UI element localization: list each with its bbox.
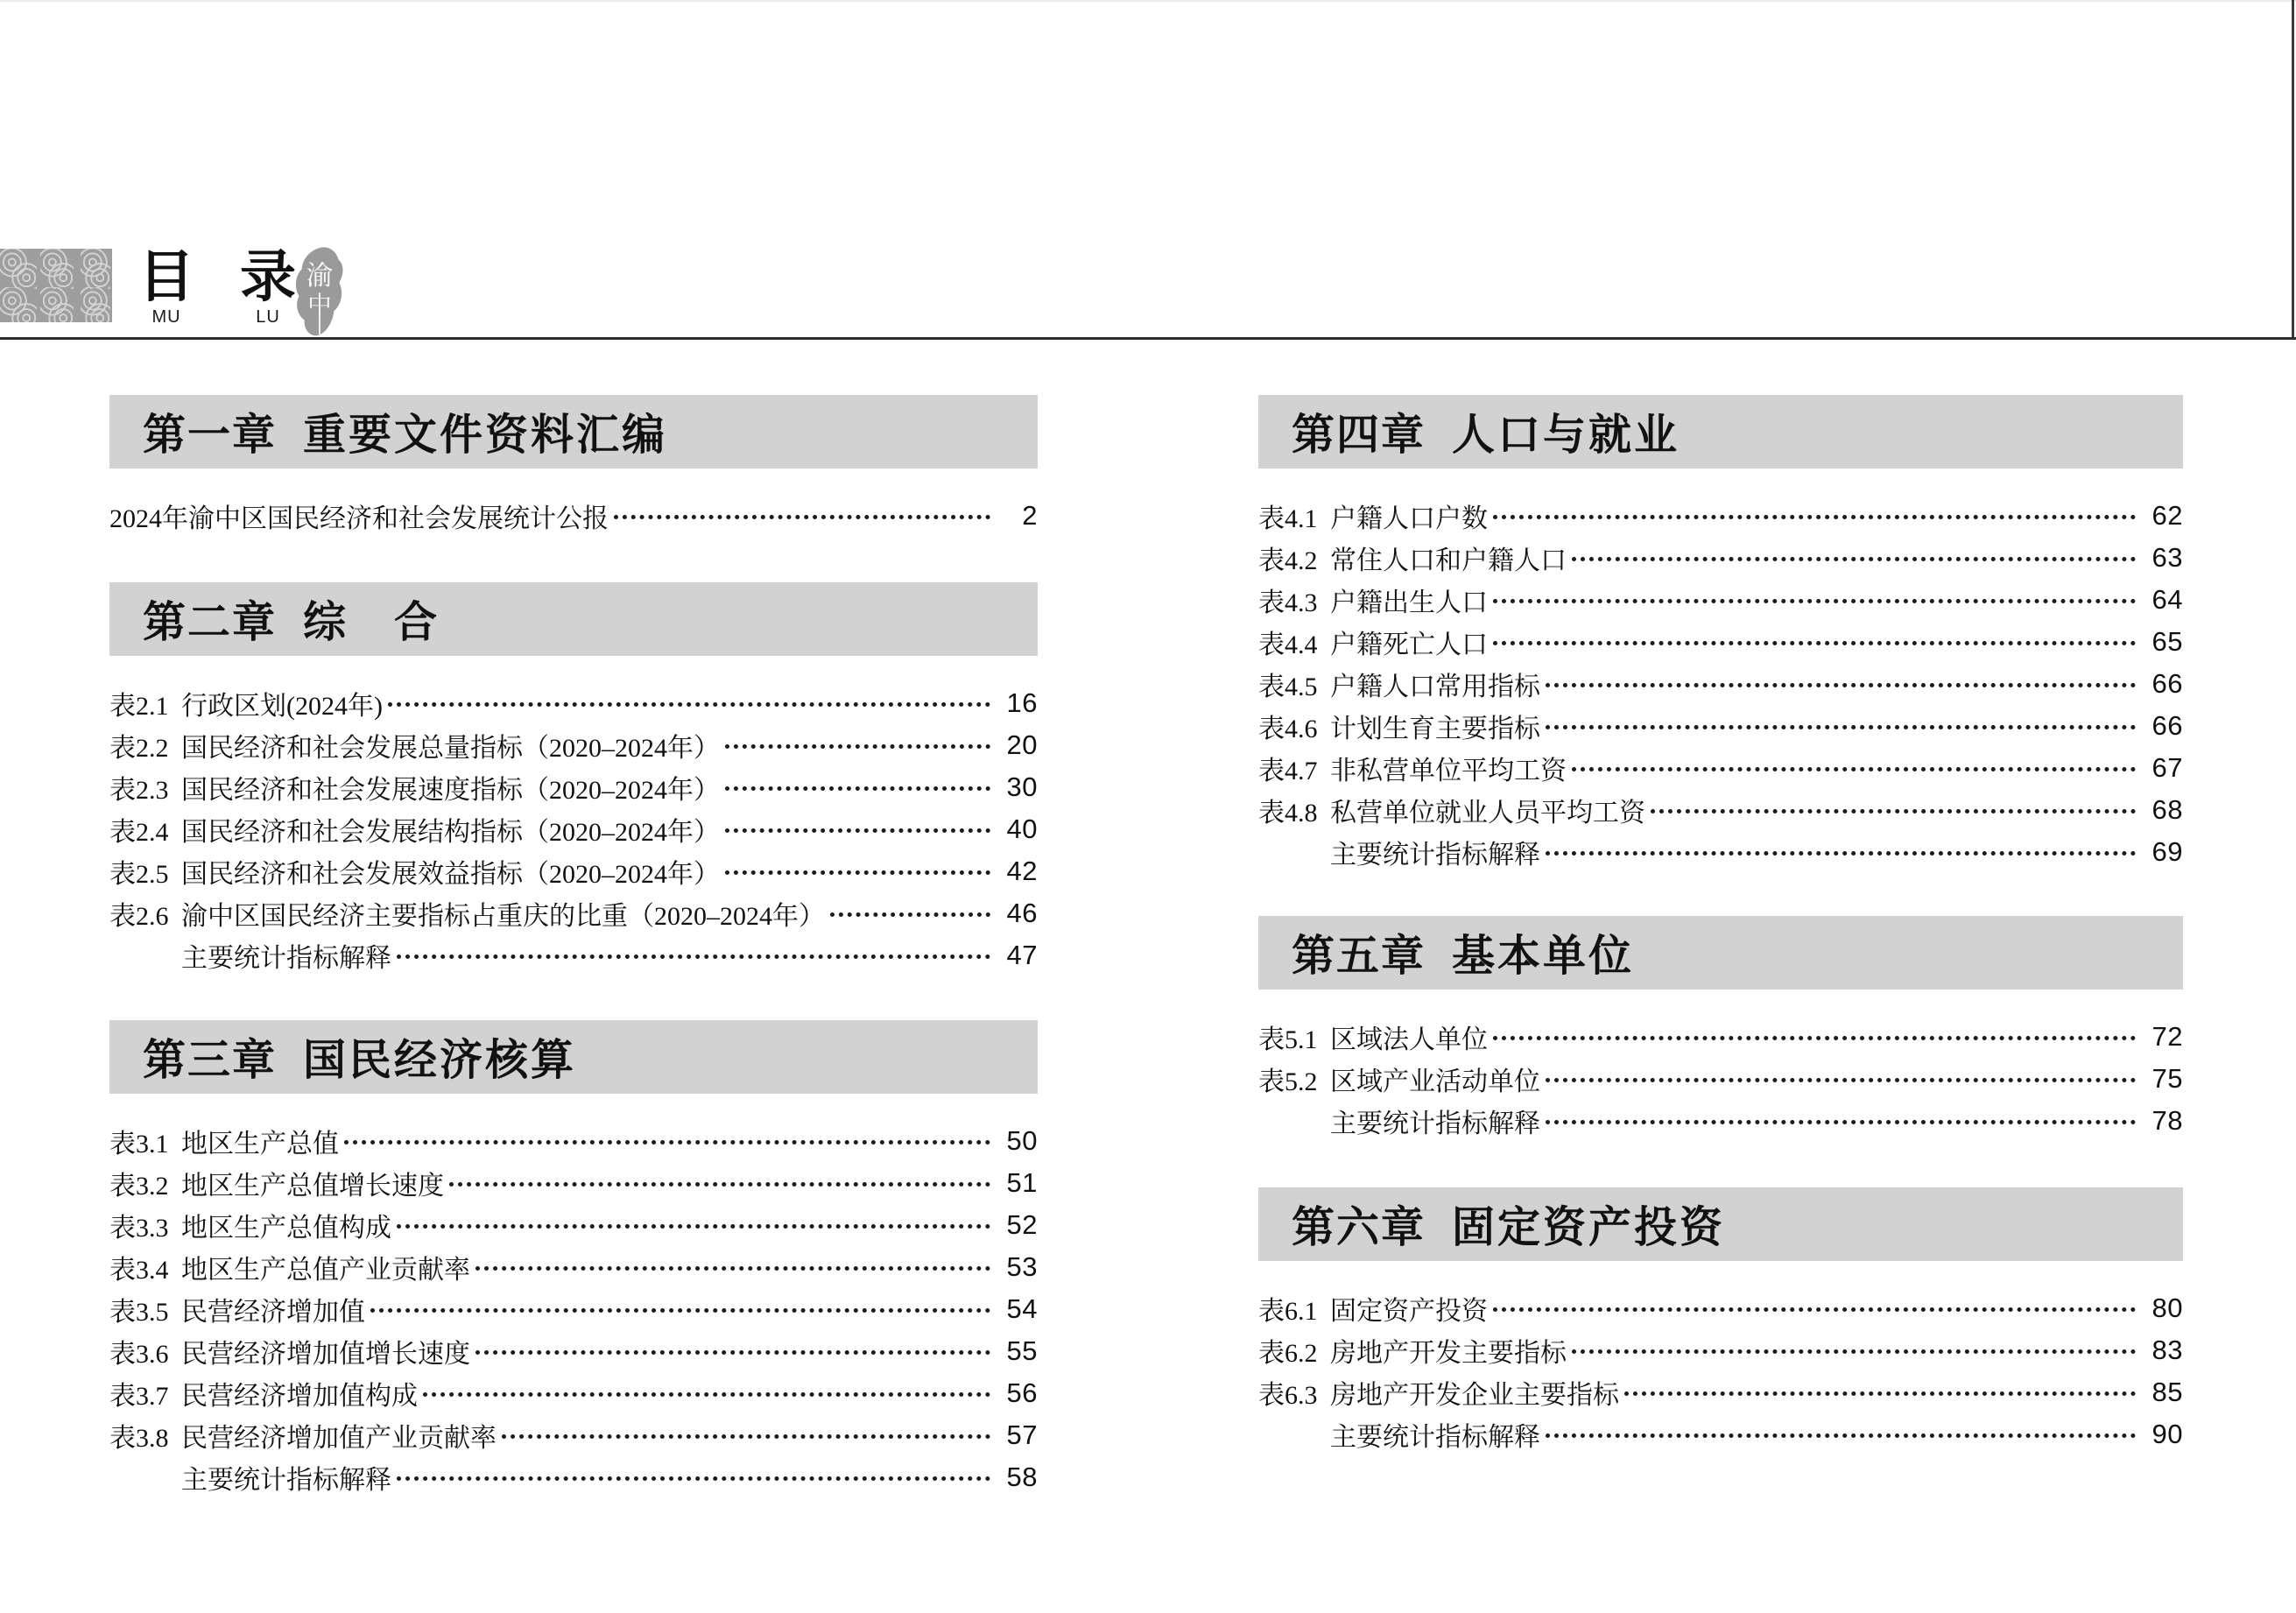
chapter-banner-1: 第一章 重要文件资料汇编: [109, 395, 1038, 468]
chapter-number: 第三章: [143, 1026, 277, 1088]
toc-item-title: 私营单位就业人员平均工资: [1330, 791, 1645, 829]
leader-dots: [397, 954, 990, 959]
chapter-title: 综 合: [303, 588, 440, 650]
page-number: 16: [997, 687, 1038, 719]
page-number: 40: [997, 814, 1038, 845]
chapter-title: 基本单位: [1452, 922, 1634, 983]
toc-item-title: 房地产开发主要指标: [1330, 1331, 1567, 1370]
page-number: 51: [997, 1167, 1038, 1199]
chapter-number: 第一章: [143, 401, 277, 462]
toc-item-number: 表4.2: [1258, 539, 1330, 577]
toc-item-number: 表4.6: [1258, 707, 1330, 745]
toc-item: 表2.3 国民经济和社会发展速度指标（2020–2024年） 30: [109, 766, 1038, 808]
page-number: 85: [2143, 1377, 2183, 1408]
toc-item-number: 表4.3: [1258, 581, 1330, 619]
page-number: 66: [2143, 668, 2183, 700]
chapter-title: 国民经济核算: [303, 1026, 576, 1088]
chapter-banner-3: 第三章 国民经济核算: [109, 1020, 1038, 1094]
leader-dots: [397, 1224, 990, 1229]
chapter-banner-6: 第六章 固定资产投资: [1258, 1187, 2183, 1261]
toc-item: 主要统计指标解释 90: [1258, 1413, 2183, 1455]
toc-item: 表4.7 非私营单位平均工资 67: [1258, 747, 2183, 789]
toc-item: 主要统计指标解释 69: [1258, 831, 2183, 873]
page-number: 58: [997, 1462, 1038, 1493]
page-number: 57: [997, 1419, 1038, 1451]
page-number: 72: [2143, 1021, 2183, 1053]
toc-item: 表3.5 民营经济增加值 54: [109, 1288, 1038, 1330]
toc-right-column: 第四章 人口与就业 表4.1 户籍人口户数 62 表4.2 常住人口和户籍人口 …: [1258, 0, 2183, 1455]
toc-item-title: 地区生产总值: [181, 1122, 339, 1160]
toc-item: 2024年渝中区国民经济和社会发展统计公报 2: [109, 495, 1038, 537]
chapter-title: 重要文件资料汇编: [303, 401, 667, 462]
chapter-number: 第二章: [143, 588, 277, 650]
leader-dots: [1546, 1078, 2136, 1082]
page-number: 64: [2143, 584, 2183, 616]
page-number: 47: [997, 940, 1038, 971]
chapter-number: 第四章: [1292, 401, 1426, 462]
leader-dots: [423, 1392, 990, 1397]
page-number: 55: [997, 1335, 1038, 1367]
toc-item-number: 表2.2: [109, 726, 181, 764]
page-number: 30: [997, 771, 1038, 803]
chapter-banner-2: 第二章 综 合: [109, 582, 1038, 656]
toc-item-title: 行政区划(2024年): [181, 684, 383, 722]
page-number: 80: [2143, 1293, 2183, 1324]
chapter-number: 第六章: [1292, 1194, 1426, 1255]
toc-item: 表4.2 常住人口和户籍人口 63: [1258, 537, 2183, 579]
toc-item: 表2.4 国民经济和社会发展结构指标（2020–2024年） 40: [109, 808, 1038, 850]
toc-item: 主要统计指标解释 47: [109, 934, 1038, 976]
leader-dots: [614, 515, 990, 519]
toc-item-title: 计划生育主要指标: [1330, 707, 1540, 745]
toc-item-title: 民营经济增加值增长速度: [181, 1332, 470, 1370]
page-number: 54: [997, 1293, 1038, 1325]
toc-item-number: 表3.2: [109, 1164, 181, 1202]
chapter-title: 人口与就业: [1452, 401, 1680, 462]
leader-dots: [1546, 1120, 2136, 1124]
toc-item: 表5.2 区域产业活动单位 75: [1258, 1058, 2183, 1100]
toc-item-title: 区域法人单位: [1330, 1018, 1488, 1056]
toc-item: 表4.1 户籍人口户数 62: [1258, 495, 2183, 537]
toc-item-group: 表4.1 户籍人口户数 62 表4.2 常住人口和户籍人口 63 表4.3 户籍…: [1258, 495, 2183, 873]
toc-item: 表2.6 渝中区国民经济主要指标占重庆的比重（2020–2024年） 46: [109, 892, 1038, 934]
leader-dots: [370, 1308, 990, 1313]
page-number: 75: [2143, 1063, 2183, 1095]
toc-item-title: 2024年渝中区国民经济和社会发展统计公报: [109, 497, 609, 535]
toc-item-title: 房地产开发企业主要指标: [1330, 1373, 1619, 1412]
leader-dots: [725, 870, 990, 875]
leader-dots: [388, 702, 990, 707]
toc-item-number: 表3.5: [109, 1290, 181, 1328]
decorative-swirl-pattern: [0, 249, 112, 322]
page-number: 62: [2143, 500, 2183, 532]
toc-item: 表6.1 固定资产投资 80: [1258, 1287, 2183, 1329]
toc-item-number: 表3.7: [109, 1374, 181, 1412]
page-number: 56: [997, 1377, 1038, 1409]
toc-item-number: 表3.8: [109, 1416, 181, 1455]
toc-item-title: 地区生产总值产业贡献率: [181, 1248, 470, 1286]
toc-item: 表6.2 房地产开发主要指标 83: [1258, 1329, 2183, 1371]
page-number: 53: [997, 1251, 1038, 1283]
leader-dots: [1493, 1307, 2136, 1312]
toc-item-number: 表5.1: [1258, 1018, 1330, 1056]
toc-item-group: 2024年渝中区国民经济和社会发展统计公报 2: [109, 495, 1038, 537]
toc-item-title: 渝中区国民经济主要指标占重庆的比重（2020–2024年）: [181, 894, 825, 933]
page-number: 66: [2143, 710, 2183, 742]
toc-item: 表2.5 国民经济和社会发展效益指标（2020–2024年） 42: [109, 850, 1038, 892]
toc-item: 表4.5 户籍人口常用指标 66: [1258, 663, 2183, 705]
toc-item-number: 表5.2: [1258, 1060, 1330, 1098]
leader-dots: [1493, 599, 2136, 603]
toc-item-number: 表6.3: [1258, 1373, 1330, 1412]
toc-item-group: 表6.1 固定资产投资 80 表6.2 房地产开发主要指标 83 表6.3 房地…: [1258, 1287, 2183, 1455]
leader-dots: [1546, 1433, 2136, 1438]
toc-item-title: 民营经济增加值构成: [181, 1374, 418, 1412]
toc-item-title: 民营经济增加值: [181, 1290, 365, 1328]
leader-dots: [1572, 557, 2136, 561]
toc-item-number: 表2.4: [109, 810, 181, 849]
toc-item: 表3.4 地区生产总值产业贡献率 53: [109, 1246, 1038, 1288]
toc-item-title: 国民经济和社会发展结构指标（2020–2024年）: [181, 810, 720, 849]
page-number: 78: [2143, 1105, 2183, 1137]
chapter-title: 固定资产投资: [1452, 1194, 1725, 1255]
toc-item: 表6.3 房地产开发企业主要指标 85: [1258, 1371, 2183, 1413]
leader-dots: [1493, 515, 2136, 519]
leader-dots: [397, 1476, 990, 1481]
leader-dots: [449, 1182, 990, 1187]
chapter-banner-5: 第五章 基本单位: [1258, 916, 2183, 990]
toc-item-number: 表4.8: [1258, 791, 1330, 829]
page-number: 65: [2143, 626, 2183, 658]
toc-item-title: 主要统计指标解释: [1330, 833, 1540, 871]
leader-dots: [1546, 725, 2136, 729]
toc-item: 表4.4 户籍死亡人口 65: [1258, 621, 2183, 663]
page-number: 52: [997, 1209, 1038, 1241]
leader-dots: [475, 1266, 990, 1271]
toc-item-title: 国民经济和社会发展速度指标（2020–2024年）: [181, 768, 720, 806]
toc-item-number: 表4.4: [1258, 623, 1330, 661]
page-number: 2: [997, 500, 1038, 532]
toc-item: 主要统计指标解释 78: [1258, 1100, 2183, 1142]
toc-item: 表3.7 民营经济增加值构成 56: [109, 1372, 1038, 1414]
toc-item-number: 表3.1: [109, 1122, 181, 1160]
toc-item-number: 表2.6: [109, 894, 181, 933]
leader-dots: [830, 912, 990, 917]
leader-dots: [1546, 683, 2136, 687]
toc-item-title: 固定资产投资: [1330, 1289, 1488, 1328]
toc-item-title: 户籍人口常用指标: [1330, 665, 1540, 703]
leader-dots: [1624, 1391, 2136, 1396]
toc-item-title: 国民经济和社会发展效益指标（2020–2024年）: [181, 852, 720, 891]
leader-dots: [725, 744, 990, 749]
toc-left-column: 第一章 重要文件资料汇编 2024年渝中区国民经济和社会发展统计公报 2 第二章…: [109, 0, 1038, 1498]
toc-item-number: 表3.3: [109, 1206, 181, 1244]
toc-item: 表4.6 计划生育主要指标 66: [1258, 705, 2183, 747]
chapter-banner-4: 第四章 人口与就业: [1258, 395, 2183, 468]
toc-item-number: 表2.5: [109, 852, 181, 891]
leader-dots: [1572, 767, 2136, 771]
toc-item-title: 主要统计指标解释: [181, 1458, 391, 1497]
leader-dots: [502, 1434, 990, 1439]
toc-item: 表3.8 民营经济增加值产业贡献率 57: [109, 1414, 1038, 1456]
page-number: 83: [2143, 1335, 2183, 1366]
page-number: 90: [2143, 1419, 2183, 1450]
toc-item: 表3.3 地区生产总值构成 52: [109, 1204, 1038, 1246]
toc-item-title: 主要统计指标解释: [1330, 1415, 1540, 1454]
toc-item-number: 表6.1: [1258, 1289, 1330, 1328]
toc-item-title: 非私营单位平均工资: [1330, 749, 1567, 787]
leader-dots: [1493, 641, 2136, 645]
leader-dots: [725, 828, 990, 833]
toc-item-title: 常住人口和户籍人口: [1330, 539, 1567, 577]
toc-item-number: 表4.7: [1258, 749, 1330, 787]
page-number: 42: [997, 856, 1038, 887]
page-number: 69: [2143, 836, 2183, 868]
page-number: 68: [2143, 794, 2183, 826]
toc-item: 表3.6 民营经济增加值增长速度 55: [109, 1330, 1038, 1372]
toc-item: 表3.1 地区生产总值 50: [109, 1120, 1038, 1162]
page-number: 63: [2143, 542, 2183, 574]
toc-item: 表2.2 国民经济和社会发展总量指标（2020–2024年） 20: [109, 724, 1038, 766]
toc-item: 表4.3 户籍出生人口 64: [1258, 579, 2183, 621]
leader-dots: [1493, 1036, 2136, 1040]
toc-item-number: 表3.4: [109, 1248, 181, 1286]
page-number: 50: [997, 1125, 1038, 1157]
page-right-edge: [2292, 0, 2294, 339]
toc-item-number: 表4.1: [1258, 497, 1330, 535]
toc-item-title: 主要统计指标解释: [181, 936, 391, 975]
leader-dots: [1546, 851, 2136, 856]
toc-item-number: 表2.3: [109, 768, 181, 806]
toc-item: 表3.2 地区生产总值增长速度 51: [109, 1162, 1038, 1204]
toc-item-title: 户籍死亡人口: [1330, 623, 1488, 661]
toc-item-title: 户籍出生人口: [1330, 581, 1488, 619]
toc-item-number: 表6.2: [1258, 1331, 1330, 1370]
leader-dots: [1651, 809, 2136, 814]
toc-item-title: 国民经济和社会发展总量指标（2020–2024年）: [181, 726, 720, 764]
page-number: 46: [997, 898, 1038, 929]
toc-item-title: 地区生产总值增长速度: [181, 1164, 444, 1202]
toc-item-title: 主要统计指标解释: [1330, 1102, 1540, 1140]
toc-item-title: 户籍人口户数: [1330, 497, 1488, 535]
toc-item-title: 地区生产总值构成: [181, 1206, 391, 1244]
toc-item-number: 表3.6: [109, 1332, 181, 1370]
toc-item-group: 表3.1 地区生产总值 50 表3.2 地区生产总值增长速度 51 表3.3 地…: [109, 1120, 1038, 1498]
toc-item-title: 区域产业活动单位: [1330, 1060, 1540, 1098]
leader-dots: [1572, 1349, 2136, 1354]
leader-dots: [725, 786, 990, 791]
toc-item: 表4.8 私营单位就业人员平均工资 68: [1258, 789, 2183, 831]
toc-item: 表5.1 区域法人单位 72: [1258, 1016, 2183, 1058]
leader-dots: [475, 1350, 990, 1355]
toc-item-group: 表5.1 区域法人单位 72 表5.2 区域产业活动单位 75 主要统计指标解释…: [1258, 1016, 2183, 1142]
toc-item: 表2.1 行政区划(2024年) 16: [109, 682, 1038, 724]
page-number: 20: [997, 729, 1038, 761]
toc-item-title: 民营经济增加值产业贡献率: [181, 1416, 497, 1455]
chapter-number: 第五章: [1292, 922, 1426, 983]
toc-item-number: 表4.5: [1258, 665, 1330, 703]
toc-item: 主要统计指标解释 58: [109, 1456, 1038, 1498]
page-number: 67: [2143, 752, 2183, 784]
leader-dots: [344, 1140, 990, 1145]
toc-item-number: 表2.1: [109, 684, 181, 722]
toc-item-group: 表2.1 行政区划(2024年) 16 表2.2 国民经济和社会发展总量指标（2…: [109, 682, 1038, 976]
toc-page: 目 MU 录 LU 渝 中 第一章 重要文件资料汇编 2024年渝中区国民经济和…: [0, 0, 2296, 1613]
